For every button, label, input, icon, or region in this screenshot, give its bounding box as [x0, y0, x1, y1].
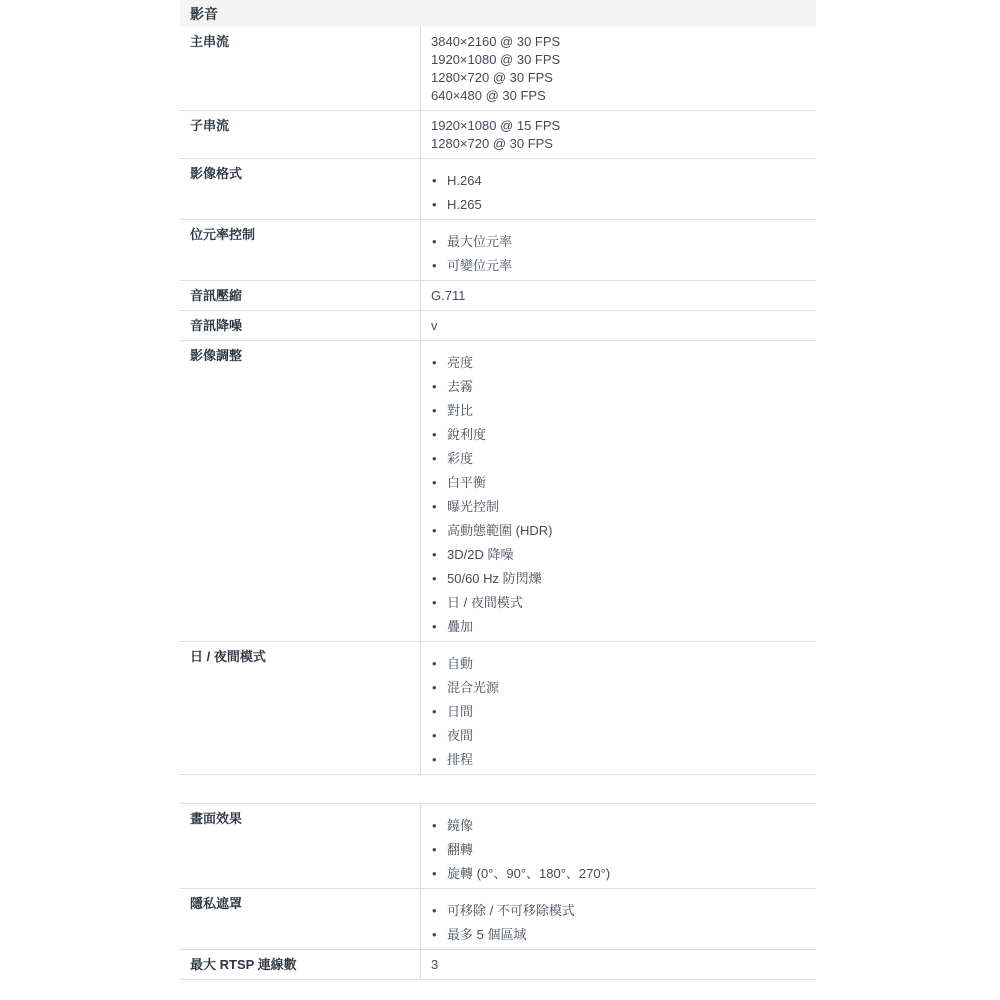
spec-bullet-list: 可移除 / 不可移除模式最多 5 個區域 [431, 902, 804, 944]
spec-row: 影像格式H.264H.265 [180, 159, 816, 220]
spec-bullet-item: 翻轉 [431, 841, 804, 859]
spec-bullet-item: 可移除 / 不可移除模式 [431, 902, 804, 920]
section-title: 影音 [190, 4, 218, 24]
spec-bullet-item: 鏡像 [431, 817, 804, 835]
spec-bullet-item: 最大位元率 [431, 233, 804, 251]
spec-row: 最大 RTSP 連線數3 [180, 950, 816, 980]
spec-value-line: 1920×1080 @ 15 FPS [431, 117, 804, 135]
spec-label: 畫面效果 [180, 804, 420, 888]
spec-value: 最大位元率可變位元率 [420, 220, 816, 280]
spec-row: 主串流3840×2160 @ 30 FPS1920×1080 @ 30 FPS1… [180, 27, 816, 111]
spec-value: 鏡像翻轉旋轉 (0°、90°、180°、270°) [420, 804, 816, 888]
spec-bullet-item: 日 / 夜間模式 [431, 594, 804, 612]
spec-bullet-item: 3D/2D 降噪 [431, 546, 804, 564]
spec-value: 可移除 / 不可移除模式最多 5 個區域 [420, 889, 816, 949]
spec-label: 子串流 [180, 111, 420, 158]
spec-label: 位元率控制 [180, 220, 420, 280]
spec-row: 子串流1920×1080 @ 15 FPS1280×720 @ 30 FPS [180, 111, 816, 159]
spec-bullet-list: 自動混合光源日間夜間排程 [431, 655, 804, 769]
spec-section: 影音 主串流3840×2160 @ 30 FPS1920×1080 @ 30 F… [180, 0, 816, 980]
spec-label: 影像調整 [180, 341, 420, 641]
spec-value-line: 640×480 @ 30 FPS [431, 87, 804, 105]
spec-label: 隱私遮罩 [180, 889, 420, 949]
spec-bullet-item: 去霧 [431, 378, 804, 396]
spec-value-line: 3 [431, 956, 804, 974]
spec-bullet-item: 亮度 [431, 354, 804, 372]
spec-bullet-item: 銳利度 [431, 426, 804, 444]
spec-value: G.711 [420, 281, 816, 310]
spec-table-audio-video: 主串流3840×2160 @ 30 FPS1920×1080 @ 30 FPS1… [180, 27, 816, 775]
spec-bullet-item: 夜間 [431, 727, 804, 745]
spec-value: v [420, 311, 816, 340]
spec-row: 日 / 夜間模式自動混合光源日間夜間排程 [180, 642, 816, 775]
spec-bullet-item: 50/60 Hz 防閃爍 [431, 570, 804, 588]
spec-bullet-item: 排程 [431, 751, 804, 769]
table-gap [180, 775, 816, 803]
section-header: 影音 [180, 0, 816, 27]
spec-value: 3840×2160 @ 30 FPS1920×1080 @ 30 FPS1280… [420, 27, 816, 110]
spec-value-line: G.711 [431, 287, 804, 305]
spec-value-line: 3840×2160 @ 30 FPS [431, 33, 804, 51]
spec-bullet-item: H.265 [431, 196, 804, 214]
spec-label: 主串流 [180, 27, 420, 110]
spec-bullet-list: 亮度去霧對比銳利度彩度白平衡曝光控制高動態範圍 (HDR)3D/2D 降噪50/… [431, 354, 804, 636]
spec-row: 隱私遮罩可移除 / 不可移除模式最多 5 個區域 [180, 889, 816, 950]
spec-row: 音訊壓縮G.711 [180, 281, 816, 311]
spec-value: 亮度去霧對比銳利度彩度白平衡曝光控制高動態範圍 (HDR)3D/2D 降噪50/… [420, 341, 816, 641]
spec-bullet-item: 疊加 [431, 618, 804, 636]
spec-bullet-item: 自動 [431, 655, 804, 673]
spec-value: 1920×1080 @ 15 FPS1280×720 @ 30 FPS [420, 111, 816, 158]
spec-label: 音訊壓縮 [180, 281, 420, 310]
spec-bullet-item: H.264 [431, 172, 804, 190]
spec-value-line: 1280×720 @ 30 FPS [431, 69, 804, 87]
spec-bullet-item: 對比 [431, 402, 804, 420]
spec-bullet-item: 彩度 [431, 450, 804, 468]
spec-row: 位元率控制最大位元率可變位元率 [180, 220, 816, 281]
spec-row: 音訊降噪v [180, 311, 816, 341]
spec-bullet-list: H.264H.265 [431, 172, 804, 214]
spec-bullet-list: 鏡像翻轉旋轉 (0°、90°、180°、270°) [431, 817, 804, 883]
spec-value-line: v [431, 317, 804, 335]
spec-value: 自動混合光源日間夜間排程 [420, 642, 816, 774]
spec-value: 3 [420, 950, 816, 979]
spec-label: 日 / 夜間模式 [180, 642, 420, 774]
spec-value-line: 1280×720 @ 30 FPS [431, 135, 804, 153]
spec-table-display: 畫面效果鏡像翻轉旋轉 (0°、90°、180°、270°)隱私遮罩可移除 / 不… [180, 803, 816, 980]
spec-bullet-item: 日間 [431, 703, 804, 721]
spec-bullet-item: 混合光源 [431, 679, 804, 697]
spec-bullet-item: 可變位元率 [431, 257, 804, 275]
spec-value-line: 1920×1080 @ 30 FPS [431, 51, 804, 69]
spec-bullet-item: 旋轉 (0°、90°、180°、270°) [431, 865, 804, 883]
spec-row: 畫面效果鏡像翻轉旋轉 (0°、90°、180°、270°) [180, 804, 816, 889]
spec-bullet-item: 最多 5 個區域 [431, 926, 804, 944]
spec-bullet-list: 最大位元率可變位元率 [431, 233, 804, 275]
spec-value: H.264H.265 [420, 159, 816, 219]
spec-bullet-item: 高動態範圍 (HDR) [431, 522, 804, 540]
spec-label: 影像格式 [180, 159, 420, 219]
spec-bullet-item: 曝光控制 [431, 498, 804, 516]
spec-label: 最大 RTSP 連線數 [180, 950, 420, 979]
spec-label: 音訊降噪 [180, 311, 420, 340]
spec-bullet-item: 白平衡 [431, 474, 804, 492]
spec-row: 影像調整亮度去霧對比銳利度彩度白平衡曝光控制高動態範圍 (HDR)3D/2D 降… [180, 341, 816, 642]
